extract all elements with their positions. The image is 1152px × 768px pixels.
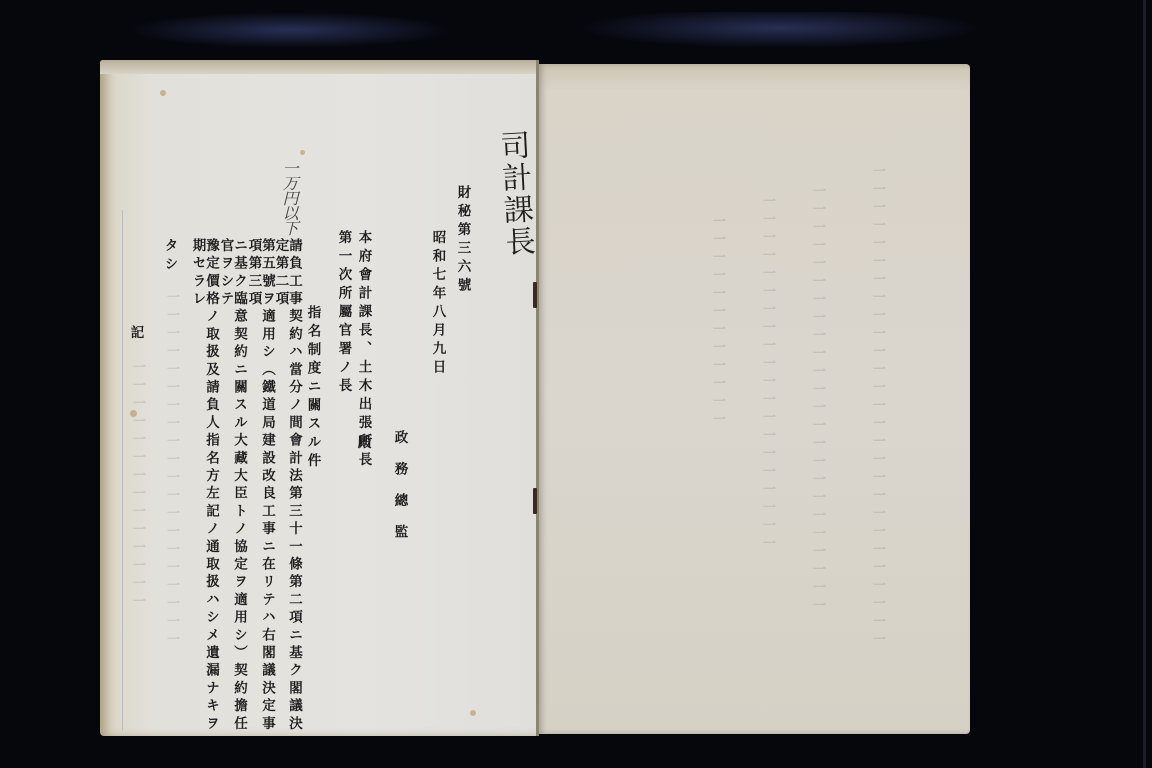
body-line-5: タシ: [162, 238, 176, 275]
body-line-1: 請負工事契約ハ當分ノ間會計法第三十一條第二項ニ基ク閣議決定第二項: [273, 238, 300, 736]
bleed-through-text: 一一一一一一一一一一一一: [708, 214, 727, 454]
bleed-through-text: 一一一一一一一一一一一一一一一一一一一一一一一一: [808, 184, 827, 664]
body-line-4: 豫定價格ノ取扱及請負人指名方左記ノ通取扱ハシメ遺漏ナキヲ期セラレ: [190, 238, 217, 736]
foxing-spot: [160, 90, 166, 96]
body-line-2: 第五號ヲ適用シ（鐵道局建設改良工事ニ在リテハ右閣議決定事項第三項: [246, 238, 273, 736]
spine: [536, 60, 539, 736]
subject: 指名制度ニ關スル件: [305, 305, 319, 472]
margin-rule: [122, 210, 123, 730]
recipients-line-2: 第一次所屬官署ノ長: [336, 230, 350, 397]
date: 昭和七年八月九日: [430, 230, 444, 378]
foxing-spot: [470, 710, 476, 716]
foxing-spot: [300, 150, 305, 155]
staple: [533, 488, 537, 514]
bleed-through-text: 一一一一一一一一一一一一一一一一一一一一: [162, 290, 181, 710]
handwritten-note: 一万円以下: [278, 160, 301, 235]
document-number: 財秘第三六號: [455, 185, 469, 296]
open-booklet: 一一一一一一一一一一一一一一一一一一一一一一一一一一一 一一一一一一一一一一一一…: [100, 60, 972, 736]
sender: 政務總監: [392, 430, 406, 556]
body-line-3: ニ基ク臨意契約ニ關スル大藏大臣トノ協定ヲ適用シ）契約擔任官ヲシテ: [218, 238, 245, 736]
staple: [533, 282, 537, 308]
bleed-through-text: 一一一一一一一一一一一一一一: [128, 360, 147, 660]
left-page: 司計課長 財秘第三六號 昭和七年八月九日 政務總監 本府會計課長、土木出張所長 …: [100, 60, 538, 736]
background-light: [0, 12, 1152, 52]
bleed-through-text: 一一一一一一一一一一一一一一一一一一一一一一一一一一一: [868, 164, 887, 684]
bleed-through-text: 一一一一一一一一一一一一一一一一一一一一: [758, 194, 777, 594]
section-heading: 記: [128, 325, 142, 344]
recipients-suffix: 殿: [355, 435, 369, 454]
right-page: 一一一一一一一一一一一一一一一一一一一一一一一一一一一 一一一一一一一一一一一一…: [538, 64, 970, 734]
frame-edge: [1143, 0, 1146, 768]
handwritten-stamp: 司計課長: [489, 129, 540, 259]
